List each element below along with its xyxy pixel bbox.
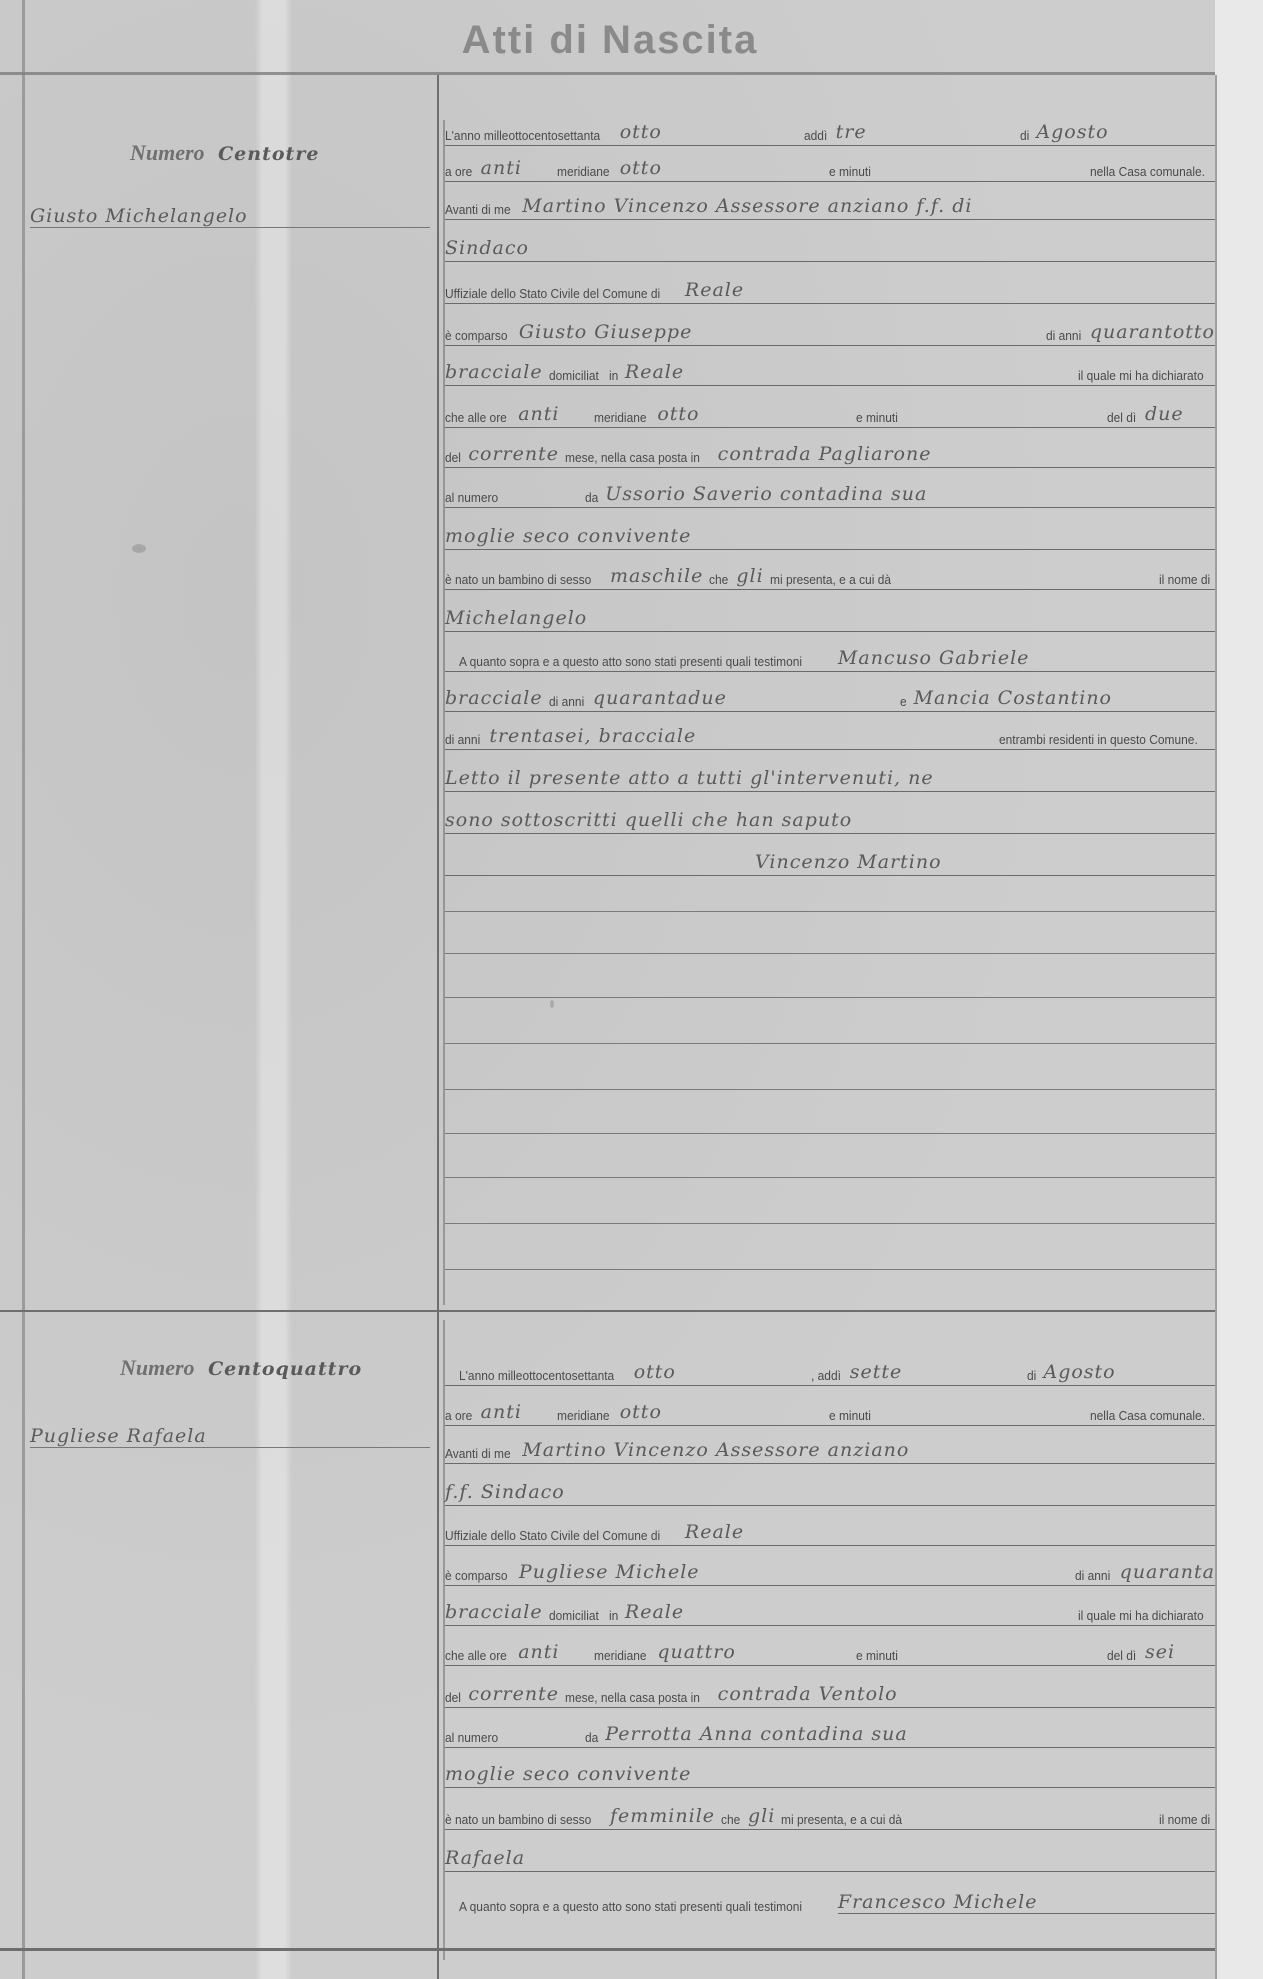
form-line-place: del corrente mese, nella casa posta in c… xyxy=(445,432,1215,468)
handwritten-entry: gli xyxy=(736,565,763,587)
handwritten-entry: Agosto xyxy=(1043,1361,1215,1383)
handwritten-entry: otto xyxy=(620,157,823,179)
blank-ruled-line xyxy=(445,1008,1215,1044)
form-line-sex: è nato un bambino di sesso maschile che … xyxy=(445,554,1215,590)
scan-margin xyxy=(1215,0,1263,1979)
form-line-birth-time: che alle ore anti meridiane otto e minut… xyxy=(445,392,1215,428)
scan-speck xyxy=(550,1000,554,1008)
blank-ruled-line xyxy=(445,876,1215,912)
handwritten-entry: contrada Pagliarone xyxy=(718,443,1215,465)
form-line-mother: al numero da Perrotta Anna contadina sua xyxy=(445,1712,1215,1748)
handwritten-entry: maschile xyxy=(610,565,703,587)
printed-text: domiciliat xyxy=(549,368,599,383)
form-line-mother-cont: moglie seco convivente xyxy=(445,1752,1215,1788)
printed-text: di anni xyxy=(549,694,584,709)
form-line-closing-1: Letto il presente atto a tutti gl'interv… xyxy=(445,756,1215,792)
handwritten-entry: quarantadue xyxy=(593,687,894,709)
form-line-hour: a ore anti meridiane otto e minuti nella… xyxy=(445,1390,1215,1426)
signature: Vincenzo Martino xyxy=(445,851,1215,873)
form-line-year: L'anno milleottocentosettanta otto , add… xyxy=(445,1350,1215,1386)
scan-speck xyxy=(132,544,146,553)
record-number-label: Numero Centoquattro xyxy=(120,1355,362,1381)
handwritten-entry: anti xyxy=(481,1401,551,1423)
form-line-place: del corrente mese, nella casa posta in c… xyxy=(445,1672,1215,1708)
handwritten-entry: f.f. Sindaco xyxy=(445,1481,1215,1503)
printed-text: di xyxy=(1027,1368,1036,1383)
printed-text: il quale mi ha dichiarato xyxy=(1078,1608,1204,1623)
printed-text: di anni xyxy=(1046,328,1081,343)
record-number-label: Numero Centotre xyxy=(130,140,319,166)
handwritten-entry: moglie seco convivente xyxy=(445,1763,1215,1785)
printed-text: L'anno milleottocentosettanta xyxy=(459,1368,614,1383)
form-line-closing-2: sono sottoscritti quelli che han saputo xyxy=(445,798,1215,834)
form-line-comune: Uffiziale dello Stato Civile del Comune … xyxy=(445,1510,1215,1546)
form-line-witnesses: A quanto sopra e a questo atto sono stat… xyxy=(445,636,1215,672)
handwritten-entry: Mancia Costantino xyxy=(914,687,1215,709)
form-line-signature: Vincenzo Martino xyxy=(445,840,1215,876)
printed-text: e minuti xyxy=(856,1648,898,1663)
printed-text: che alle ore xyxy=(445,1648,507,1663)
handwritten-entry: corrente xyxy=(468,1683,559,1705)
printed-text: al numero xyxy=(445,490,498,505)
blank-ruled-line xyxy=(445,918,1215,954)
handwritten-entry: contrada Ventolo xyxy=(718,1683,1215,1705)
blank-ruled-line xyxy=(445,1142,1215,1178)
printed-text: da xyxy=(585,1730,598,1745)
printed-text: e minuti xyxy=(829,1408,871,1423)
handwritten-entry: Mancuso Gabriele xyxy=(838,647,1215,669)
handwritten-entry: anti xyxy=(481,157,551,179)
printed-text: che xyxy=(709,572,728,587)
form-line-child-name: Rafaela xyxy=(445,1836,1215,1872)
handwritten-entry: Reale xyxy=(685,279,1215,301)
printed-text: del dì xyxy=(1107,410,1136,425)
handwritten-entry: Giusto Giuseppe xyxy=(519,321,1040,343)
printed-text: il nome di xyxy=(1159,572,1210,587)
printed-text: e xyxy=(900,694,907,709)
numero-value: Centoquattro xyxy=(208,1358,362,1380)
form-line-sex: è nato un bambino di sesso femminile che… xyxy=(445,1794,1215,1830)
printed-text: Avanti di me xyxy=(445,1446,511,1461)
handwritten-entry: trentasei, bracciale xyxy=(489,725,993,747)
page-title: Atti di Nascita xyxy=(400,18,820,63)
handwritten-entry: otto xyxy=(634,1361,806,1383)
handwritten-entry: Francesco Michele xyxy=(838,1891,1215,1914)
handwritten-entry: due xyxy=(1145,403,1215,425)
handwritten-entry: Perrotta Anna contadina sua xyxy=(605,1723,1215,1745)
blank-ruled-line xyxy=(445,1054,1215,1090)
margin-child-name: Giusto Michelangelo xyxy=(30,205,430,228)
handwritten-entry: Sindaco xyxy=(445,237,1215,259)
bottom-rule xyxy=(0,1948,1215,1951)
handwritten-entry: anti xyxy=(518,1641,588,1663)
handwritten-entry: gli xyxy=(748,1805,775,1827)
handwritten-entry: sei xyxy=(1145,1641,1215,1663)
form-line-child-name: Michelangelo xyxy=(445,596,1215,632)
handwritten-entry: Letto il presente atto a tutti gl'interv… xyxy=(445,767,1215,789)
handwritten-entry: anti xyxy=(518,403,588,425)
form-line-officer: Avanti di me Martino Vincenzo Assessore … xyxy=(445,1428,1215,1464)
title-rule xyxy=(0,72,1215,75)
numero-label: Numero xyxy=(120,1355,195,1380)
printed-text: mi presenta, e a cui dà xyxy=(781,1812,902,1827)
numero-label: Numero xyxy=(130,140,205,165)
handwritten-entry: bracciale xyxy=(445,1601,543,1623)
form-line-officer-cont: Sindaco xyxy=(445,226,1215,262)
form-line-witness-ages: bracciale di anni quarantadue e Mancia C… xyxy=(445,676,1215,712)
printed-text: in xyxy=(609,368,618,383)
printed-text: meridiane xyxy=(594,410,647,425)
printed-text: è comparso xyxy=(445,1568,507,1583)
handwritten-entry: Rafaela xyxy=(445,1847,1215,1869)
form-line-officer-cont: f.f. Sindaco xyxy=(445,1470,1215,1506)
blank-ruled-line xyxy=(445,1234,1215,1270)
printed-text: al numero xyxy=(445,1730,498,1745)
printed-text: del xyxy=(445,450,461,465)
blank-ruled-line xyxy=(445,962,1215,998)
printed-text: è nato un bambino di sesso xyxy=(445,572,591,587)
printed-text: il quale mi ha dichiarato xyxy=(1078,368,1204,383)
blank-ruled-line xyxy=(445,1098,1215,1134)
form-line-mother-cont: moglie seco convivente xyxy=(445,514,1215,550)
handwritten-entry: Martino Vincenzo Assessore anziano f.f. … xyxy=(522,195,1215,217)
handwritten-entry: otto xyxy=(620,121,799,143)
handwritten-entry: sette xyxy=(850,1361,1022,1383)
printed-text: Avanti di me xyxy=(445,202,511,217)
form-line-declarant: è comparso Giusto Giuseppe di anni quara… xyxy=(445,310,1215,346)
handwritten-entry: Agosto xyxy=(1036,121,1215,143)
handwritten-entry: otto xyxy=(657,403,850,425)
form-line-year: L'anno milleottocentosettanta otto addì … xyxy=(445,110,1215,146)
printed-text: nella Casa comunale. xyxy=(1090,1408,1205,1423)
printed-text: A quanto sopra e a questo atto sono stat… xyxy=(459,654,802,669)
numero-value: Centotre xyxy=(218,143,319,165)
printed-text: L'anno milleottocentosettanta xyxy=(445,128,600,143)
handwritten-entry: Ussorio Saverio contadina sua xyxy=(605,483,1215,505)
handwritten-entry: Martino Vincenzo Assessore anziano xyxy=(522,1439,1215,1461)
left-border-line xyxy=(22,0,25,1979)
printed-text: da xyxy=(585,490,598,505)
form-line-declarant: è comparso Pugliese Michele di anni quar… xyxy=(445,1550,1215,1586)
printed-text: entrambi residenti in questo Comune. xyxy=(999,732,1198,747)
printed-text: in xyxy=(609,1608,618,1623)
printed-text: che alle ore xyxy=(445,410,507,425)
printed-text: A quanto sopra e a questo atto sono stat… xyxy=(459,1899,802,1914)
printed-text: e minuti xyxy=(829,164,871,179)
printed-text: del dì xyxy=(1107,1648,1136,1663)
column-divider xyxy=(437,75,439,1979)
handwritten-entry: Michelangelo xyxy=(445,607,1215,629)
printed-text: Uffiziale dello Stato Civile del Comune … xyxy=(445,1528,660,1543)
handwritten-entry: corrente xyxy=(468,443,559,465)
printed-text: meridiane xyxy=(594,1648,647,1663)
printed-text: è nato un bambino di sesso xyxy=(445,1812,591,1827)
printed-text: domiciliat xyxy=(549,1608,599,1623)
handwritten-entry: Reale xyxy=(625,361,1073,383)
printed-text: , addì xyxy=(811,1368,841,1383)
form-line-witnesses: A quanto sopra e a questo atto sono stat… xyxy=(445,1880,1215,1916)
handwritten-entry: Reale xyxy=(685,1521,1215,1543)
right-border xyxy=(1215,75,1217,1979)
form-line-comune: Uffiziale dello Stato Civile del Comune … xyxy=(445,268,1215,304)
printed-text: di anni xyxy=(1075,1568,1110,1583)
printed-text: a ore xyxy=(445,1408,472,1423)
form-line-domicile: bracciale domiciliat in Reale il quale m… xyxy=(445,1590,1215,1626)
printed-text: che xyxy=(721,1812,740,1827)
printed-text: di xyxy=(1020,128,1029,143)
margin-child-name: Pugliese Rafaela xyxy=(30,1425,430,1448)
handwritten-entry: quattro xyxy=(657,1641,850,1663)
form-line-mother: al numero da Ussorio Saverio contadina s… xyxy=(445,472,1215,508)
form-line-officer: Avanti di me Martino Vincenzo Assessore … xyxy=(445,184,1215,220)
handwritten-entry: bracciale xyxy=(445,687,543,709)
record-separator xyxy=(0,1310,1215,1312)
form-line-hour: a ore anti meridiane otto e minuti nella… xyxy=(445,146,1215,182)
printed-text: nella Casa comunale. xyxy=(1090,164,1205,179)
handwritten-entry: quarantotto xyxy=(1090,321,1215,343)
printed-text: Uffiziale dello Stato Civile del Comune … xyxy=(445,286,660,301)
handwritten-entry: sono sottoscritti quelli che han saputo xyxy=(445,809,1215,831)
printed-text: è comparso xyxy=(445,328,507,343)
printed-text: a ore xyxy=(445,164,472,179)
form-line-birth-time: che alle ore anti meridiane quattro e mi… xyxy=(445,1630,1215,1666)
handwritten-entry: Pugliese Michele xyxy=(519,1561,1069,1583)
blank-ruled-line xyxy=(445,1188,1215,1224)
printed-text: addì xyxy=(804,128,827,143)
form-line-domicile: bracciale domiciliat in Reale il quale m… xyxy=(445,350,1215,386)
printed-text: il nome di xyxy=(1159,1812,1210,1827)
printed-text: del xyxy=(445,1690,461,1705)
printed-text: mese, nella casa posta in xyxy=(565,1690,700,1705)
form-line-residence: di anni trentasei, bracciale entrambi re… xyxy=(445,714,1215,750)
handwritten-entry: Reale xyxy=(625,1601,1073,1623)
handwritten-entry: moglie seco convivente xyxy=(445,525,1215,547)
printed-text: meridiane xyxy=(557,1408,610,1423)
handwritten-entry: femminile xyxy=(610,1805,715,1827)
printed-text: meridiane xyxy=(557,164,610,179)
handwritten-entry: quaranta xyxy=(1120,1561,1215,1583)
printed-text: di anni xyxy=(445,732,480,747)
printed-text: mese, nella casa posta in xyxy=(565,450,700,465)
handwritten-entry: otto xyxy=(620,1401,823,1423)
handwritten-entry: bracciale xyxy=(445,361,543,383)
printed-text: e minuti xyxy=(856,410,898,425)
printed-text: mi presenta, e a cui dà xyxy=(770,572,891,587)
handwritten-entry: tre xyxy=(836,121,1015,143)
